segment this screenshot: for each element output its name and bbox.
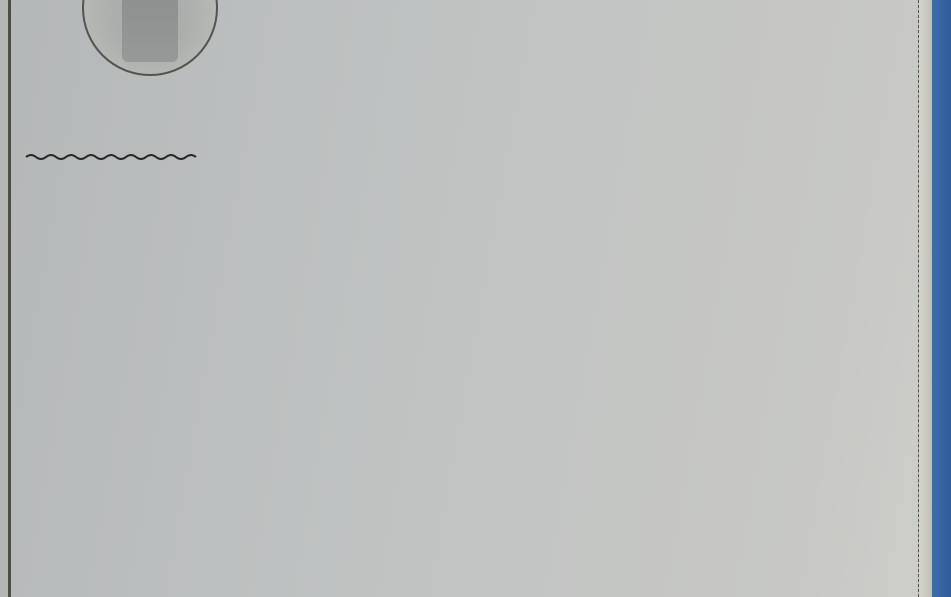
stamp-seated-figure-icon — [122, 0, 178, 62]
margin-rule-line — [8, 0, 11, 597]
tax-stamp — [82, 0, 218, 76]
name-flourish-underline — [24, 152, 202, 162]
blue-backing-strip — [932, 0, 951, 597]
register-page — [0, 0, 951, 597]
page-right-edge — [918, 0, 933, 597]
